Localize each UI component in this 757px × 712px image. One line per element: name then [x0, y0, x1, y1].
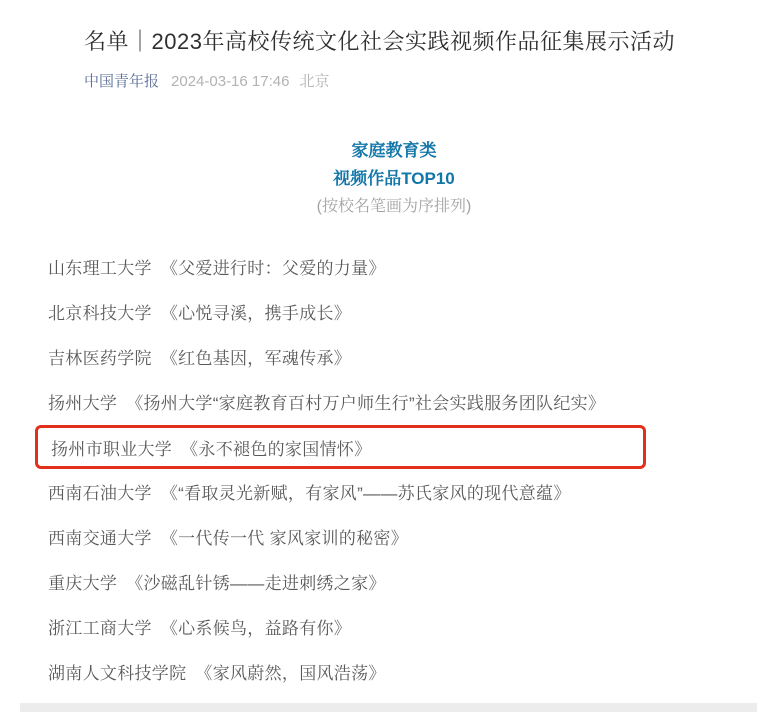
work-title: 《心系候鸟，益路有你》 [161, 614, 351, 639]
work-title: 《红色基因，军魂传承》 [161, 344, 351, 369]
list-item: 北京科技大学 《心悦寻溪，携手成长》 [48, 289, 740, 334]
page-title: 名单｜2023年高校传统文化社会实践视频作品征集展示活动 [84, 27, 687, 57]
list-item: 重庆大学 《沙磁乱针锈——走进刺绣之家》 [48, 559, 740, 604]
school-name: 西南石油大学 [48, 479, 152, 504]
school-name: 山东理工大学 [48, 254, 152, 279]
school-name: 扬州市职业大学 [51, 435, 172, 460]
list-item: 湖南人文科技学院 《家风蔚然，国风浩荡》 [48, 649, 740, 694]
work-title: 《永不褪色的家国情怀》 [181, 435, 371, 460]
list-item: 扬州大学 《扬州大学“家庭教育百村万户师生行”社会实践服务团队纪实》 [48, 379, 740, 424]
list-item: 西南石油大学 《“看取灵光新赋，有家风”——苏氏家风的现代意蕴》 [48, 469, 740, 514]
work-title: 《“看取灵光新赋，有家风”——苏氏家风的现代意蕴》 [161, 479, 571, 504]
school-name: 扬州大学 [48, 389, 117, 414]
category-heading: 家庭教育类 视频作品TOP10 [48, 137, 740, 193]
page-bottom-edge [20, 703, 757, 712]
school-name: 浙江工商大学 [48, 614, 152, 639]
list-item-highlighted: 扬州市职业大学 《永不褪色的家国情怀》 [35, 425, 646, 469]
publish-timestamp: 2024-03-16 17:46 [171, 73, 289, 91]
work-title: 《一代传一代 家风家训的秘密》 [161, 524, 408, 549]
work-title: 《家风蔚然，国风浩荡》 [195, 659, 385, 684]
source-link[interactable]: 中国青年报 [84, 73, 159, 91]
work-title: 《沙磁乱针锈——走进刺绣之家》 [126, 569, 386, 594]
byline: 中国青年报 2024-03-16 17:46 北京 [84, 73, 757, 91]
school-name: 重庆大学 [48, 569, 117, 594]
category-line2: 视频作品TOP10 [48, 165, 740, 193]
work-title: 《父爱进行时：父爱的力量》 [161, 254, 386, 279]
school-name: 西南交通大学 [48, 524, 152, 549]
work-title: 《扬州大学“家庭教育百村万户师生行”社会实践服务团队纪实》 [126, 389, 605, 414]
article-page: 名单｜2023年高校传统文化社会实践视频作品征集展示活动 中国青年报 2024-… [0, 0, 757, 712]
category-line1: 家庭教育类 [48, 137, 740, 165]
entry-list: 山东理工大学 《父爱进行时：父爱的力量》 北京科技大学 《心悦寻溪，携手成长》 … [48, 244, 740, 694]
list-item: 浙江工商大学 《心系候鸟，益路有你》 [48, 604, 740, 649]
article-body: 家庭教育类 视频作品TOP10 (按校名笔画为序排列) 山东理工大学 《父爱进行… [0, 137, 757, 694]
work-title: 《心悦寻溪，携手成长》 [161, 299, 351, 324]
list-item: 吉林医药学院 《红色基因，军魂传承》 [48, 334, 740, 379]
list-item: 山东理工大学 《父爱进行时：父爱的力量》 [48, 244, 740, 289]
school-name: 湖南人文科技学院 [48, 659, 186, 684]
publish-location: 北京 [299, 73, 329, 91]
school-name: 北京科技大学 [48, 299, 152, 324]
list-item: 西南交通大学 《一代传一代 家风家训的秘密》 [48, 514, 740, 559]
school-name: 吉林医药学院 [48, 344, 152, 369]
sort-note: (按校名笔画为序排列) [48, 193, 740, 221]
